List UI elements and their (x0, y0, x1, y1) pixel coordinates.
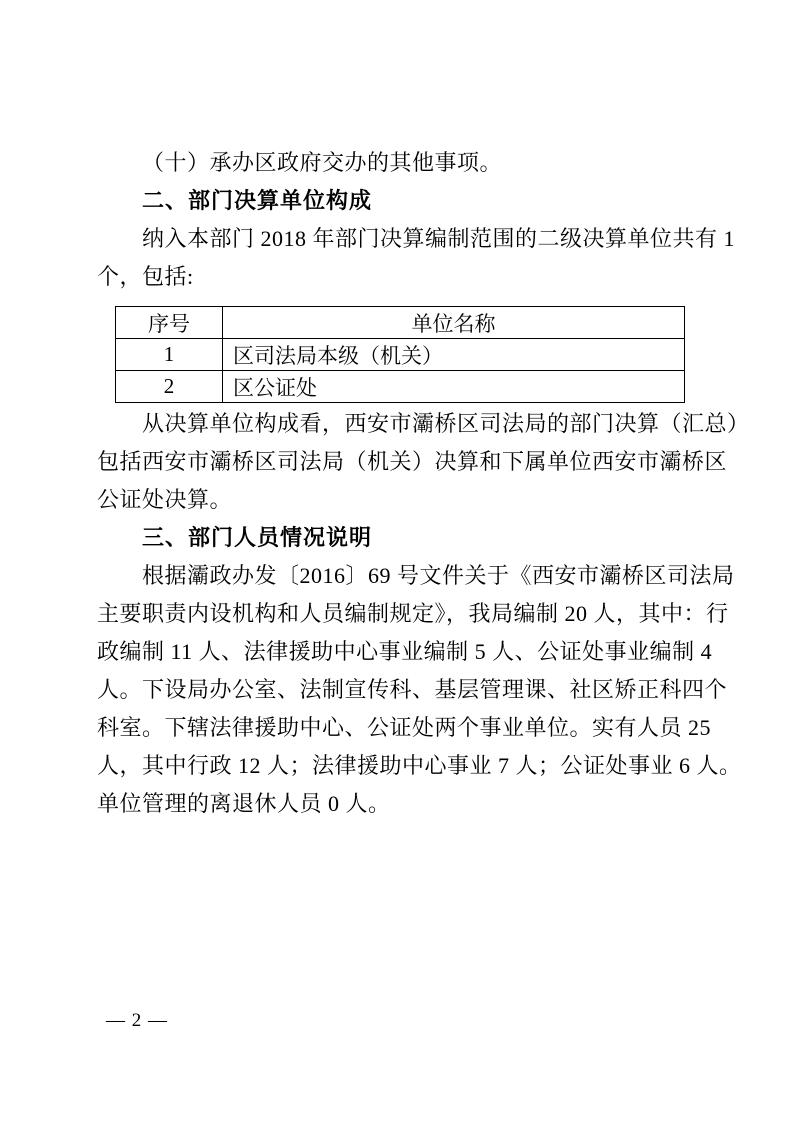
paragraph-line: 包括西安市灞桥区司法局（机关）决算和下属单位西安市灞桥区 (97, 443, 693, 481)
table-head: 序号 单位名称 (116, 307, 685, 339)
paragraph-line: （十）承办区政府交办的其他事项。 (97, 144, 693, 182)
paragraph-line: 个，包括: (97, 258, 693, 296)
document-page: （十）承办区政府交办的其他事项。 二、部门决算单位构成 纳入本部门 2018 年… (0, 0, 793, 1122)
table-cell-name: 区公证处 (223, 371, 685, 403)
paragraph-line: 单位管理的离退休人员 0 人。 (97, 785, 693, 823)
document-body: （十）承办区政府交办的其他事项。 二、部门决算单位构成 纳入本部门 2018 年… (97, 144, 693, 823)
table-cell-name: 区司法局本级（机关） (223, 339, 685, 371)
paragraph-line: 人。下设局办公室、法制宣传科、基层管理课、社区矫正科四个 (97, 671, 693, 709)
unit-composition-table: 序号 单位名称 1 区司法局本级（机关） 2 区公证处 (115, 306, 685, 403)
paragraph-line: 政编制 11 人、法律援助中心事业编制 5 人、公证处事业编制 4 (97, 633, 693, 671)
table-cell-no: 1 (116, 339, 223, 371)
table-header-cell-name: 单位名称 (223, 307, 685, 339)
paragraph-line: 根据灞政办发〔2016〕69 号文件关于《西安市灞桥区司法局 (97, 557, 693, 595)
paragraph-line: 主要职责内设机构和人员编制规定》，我局编制 20 人，其中：行 (97, 595, 693, 633)
section-heading-2: 二、部门决算单位构成 (97, 182, 693, 220)
paragraph-line: 从决算单位构成看，西安市灞桥区司法局的部门决算（汇总） (97, 405, 693, 443)
paragraph-line: 人，其中行政 12 人；法律援助中心事业 7 人；公证处事业 6 人。 (97, 747, 693, 785)
table-header-row: 序号 单位名称 (116, 307, 685, 339)
table-cell-no: 2 (116, 371, 223, 403)
paragraph-line: 公证处决算。 (97, 481, 693, 519)
paragraph-line: 纳入本部门 2018 年部门决算编制范围的二级决算单位共有 1 (97, 220, 693, 258)
table-row: 2 区公证处 (116, 371, 685, 403)
table-body: 1 区司法局本级（机关） 2 区公证处 (116, 339, 685, 403)
table-row: 1 区司法局本级（机关） (116, 339, 685, 371)
section-heading-3: 三、部门人员情况说明 (97, 519, 693, 557)
page-number: — 2 — (106, 1006, 168, 1036)
paragraph-line: 科室。下辖法律援助中心、公证处两个事业单位。实有人员 25 (97, 709, 693, 747)
table-header-cell-no: 序号 (116, 307, 223, 339)
